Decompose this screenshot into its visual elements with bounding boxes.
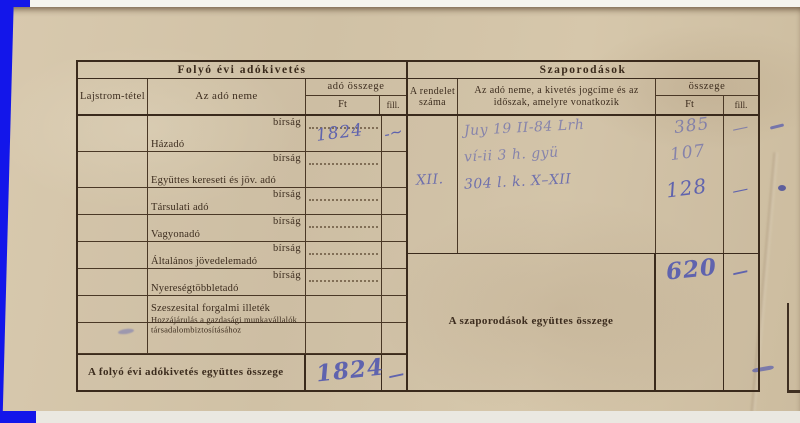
handwritten-amount: 107 bbox=[669, 141, 707, 165]
tax-name-cell: bírságVagyonadó bbox=[148, 215, 306, 241]
handwritten-dash: — bbox=[386, 364, 406, 386]
amount-ft-cell bbox=[306, 296, 382, 322]
tax-name-cell: bírságHázadó bbox=[148, 116, 306, 151]
pen-mark bbox=[770, 123, 784, 129]
entries-column: Juy 19 II-84 Lrhví-ii 3 h. gyü304 l. k. … bbox=[458, 116, 656, 253]
amount-ft-cell: 1824 bbox=[306, 116, 382, 151]
dotted-leader bbox=[309, 253, 378, 255]
tax-name-label: Házadó bbox=[151, 139, 184, 150]
tax-row: Hozzájárulás a gazdasági munkavállalók t… bbox=[78, 323, 406, 354]
amount-ft-cell bbox=[306, 323, 382, 353]
header-tax-name-scope: Az adó neme, a kivetés jogcíme és az idő… bbox=[458, 79, 656, 114]
tax-row: bírságTársulati adó bbox=[78, 188, 406, 215]
lajstrom-cell bbox=[78, 296, 148, 322]
tax-row: bírságEgyüttes kereseti és jöv. adó bbox=[78, 152, 406, 188]
handwritten-amount: 1824 bbox=[315, 120, 364, 146]
handwritten-total-amount: 1824 bbox=[315, 354, 385, 388]
left-rows: bírságHázadó1824-~bírságEgyüttes kereset… bbox=[78, 116, 406, 354]
tax-name-label: Együttes kereseti és jöv. adó bbox=[151, 175, 276, 186]
tax-name-cell: bírságÁltalános jövedelemadó bbox=[148, 242, 306, 268]
current-year-total-fill: — bbox=[382, 355, 406, 390]
tax-name-cell: bírságEgyüttes kereseti és jöv. adó bbox=[148, 152, 306, 187]
handwritten-amount: 128 bbox=[665, 174, 709, 203]
current-year-total-row: A folyó évi adókivetés együttes összege … bbox=[78, 354, 406, 390]
dotted-leader bbox=[309, 226, 378, 228]
amount-fill-cell bbox=[382, 152, 406, 187]
penalty-label: bírság bbox=[273, 216, 301, 227]
lajstrom-cell bbox=[78, 323, 148, 353]
lajstrom-cell bbox=[78, 215, 148, 241]
lajstrom-cell bbox=[78, 116, 148, 151]
current-year-column-headers: Lajstrom-tétel Az adó neme adó összege F… bbox=[78, 79, 406, 116]
decree-column: XII. bbox=[408, 116, 458, 253]
lajstrom-cell bbox=[78, 242, 148, 268]
increases-column-headers: A rendelet száma Az adó neme, a kivetés … bbox=[408, 79, 758, 116]
header-amount: adó összege bbox=[306, 79, 406, 96]
amount-fill-cell bbox=[382, 215, 406, 241]
increases-section: Szaporodások A rendelet száma Az adó nem… bbox=[408, 62, 758, 390]
penalty-label: bírság bbox=[273, 270, 301, 281]
handwritten-entry-text: ví-ii 3 h. gyü bbox=[464, 145, 559, 166]
increases-total-fill: — bbox=[724, 254, 758, 391]
tax-name-label: Általános jövedelemadó bbox=[151, 256, 257, 267]
increases-total-ft: 620 bbox=[656, 254, 724, 391]
dotted-leader bbox=[309, 280, 378, 282]
tax-row: bírságVagyonadó bbox=[78, 215, 406, 242]
amount-ft-cell bbox=[306, 242, 382, 268]
amount-fill-cell bbox=[382, 323, 406, 353]
lajstrom-cell bbox=[78, 152, 148, 187]
amount-fill-column: —— bbox=[724, 116, 758, 253]
header-ft: Ft bbox=[306, 96, 380, 114]
header-fill: fill. bbox=[724, 96, 758, 114]
handwritten-entry-text: 304 l. k. X–XII bbox=[464, 171, 572, 193]
tax-name-label: Szeszesital forgalmi illeték bbox=[151, 303, 270, 315]
current-year-total-ft: 1824 bbox=[306, 355, 382, 390]
amount-fill-cell: -~ bbox=[382, 116, 406, 151]
tax-form-paper: Folyó évi adókivetés Lajstrom-tétel Az a… bbox=[0, 7, 800, 411]
amount-ft-cell bbox=[306, 188, 382, 214]
current-year-title: Folyó évi adókivetés bbox=[78, 62, 406, 79]
pen-mark bbox=[778, 185, 786, 191]
current-year-section: Folyó évi adókivetés Lajstrom-tétel Az a… bbox=[78, 62, 408, 390]
dotted-leader bbox=[309, 199, 378, 201]
header-lajstrom: Lajstrom-tétel bbox=[78, 79, 148, 114]
lajstrom-cell bbox=[78, 269, 148, 295]
handwritten-amount: 385 bbox=[673, 114, 711, 138]
handwritten-dash: — bbox=[730, 260, 750, 282]
amount-fill-cell bbox=[382, 269, 406, 295]
penalty-label: bírság bbox=[273, 243, 301, 254]
tax-name-label: Társulati adó bbox=[151, 202, 209, 213]
handwritten-dash: — bbox=[730, 117, 750, 139]
neighbor-table-fragment bbox=[787, 303, 800, 393]
dotted-leader bbox=[309, 163, 378, 165]
header-amount-group: adó összege Ft fill. bbox=[306, 79, 406, 114]
tax-name-cell: bírságTársulati adó bbox=[148, 188, 306, 214]
handwritten-total-amount: 620 bbox=[665, 253, 719, 285]
increases-title: Szaporodások bbox=[408, 62, 758, 79]
scanned-document-page: { "colors": { "background": "#1316ea", "… bbox=[0, 0, 800, 423]
tax-name-label: Vagyonadó bbox=[151, 229, 200, 240]
amount-ft-cell bbox=[306, 269, 382, 295]
penalty-label: bírság bbox=[273, 153, 301, 164]
header-ft: Ft bbox=[656, 96, 724, 114]
handwritten-dash: -~ bbox=[382, 121, 404, 143]
amount-ft-cell bbox=[306, 215, 382, 241]
header-fill: fill. bbox=[380, 96, 406, 114]
tax-row: bírságHázadó1824-~ bbox=[78, 116, 406, 152]
tax-row: bírságÁltalános jövedelemadó bbox=[78, 242, 406, 269]
tax-name-label: Nyereségtöbbletadó bbox=[151, 283, 239, 294]
tax-name-cell: bírságNyereségtöbbletadó bbox=[148, 269, 306, 295]
penalty-label: bírság bbox=[273, 189, 301, 200]
amount-fill-cell bbox=[382, 296, 406, 322]
lajstrom-cell bbox=[78, 188, 148, 214]
header-tax-name: Az adó neme bbox=[148, 79, 306, 114]
increases-total-row: A szaporodások együttes összege 620 — bbox=[408, 253, 758, 391]
pen-smudge bbox=[118, 328, 135, 335]
amount-fill-cell bbox=[382, 242, 406, 268]
increases-total-label: A szaporodások együttes összege bbox=[408, 254, 656, 391]
tax-row: bírságNyereségtöbbletadó bbox=[78, 269, 406, 296]
amount-ft-cell bbox=[306, 152, 382, 187]
tax-name-cell: Hozzájárulás a gazdasági munkavállalók t… bbox=[148, 323, 306, 353]
handwritten-decree-number: XII. bbox=[416, 171, 444, 188]
penalty-label: bírság bbox=[273, 117, 301, 128]
assessment-table: Folyó évi adókivetés Lajstrom-tétel Az a… bbox=[76, 60, 760, 392]
handwritten-dash: — bbox=[730, 179, 750, 201]
adjacent-paper-edge-bottom bbox=[36, 410, 800, 423]
header-amount-group: összege Ft fill. bbox=[656, 79, 758, 114]
amount-fill-cell bbox=[382, 188, 406, 214]
amount-ft-column: 385107128 bbox=[656, 116, 724, 253]
current-year-total-label: A folyó évi adókivetés együttes összege bbox=[78, 355, 306, 390]
increases-body: XII. Juy 19 II-84 Lrhví-ii 3 h. gyü304 l… bbox=[408, 116, 758, 253]
header-amount: összege bbox=[656, 79, 758, 96]
header-decree-number: A rendelet száma bbox=[408, 79, 458, 114]
tax-name-label: Hozzájárulás a gazdasági munkavállalók t… bbox=[151, 316, 304, 335]
handwritten-entry-text: Juy 19 II-84 Lrh bbox=[464, 117, 585, 139]
